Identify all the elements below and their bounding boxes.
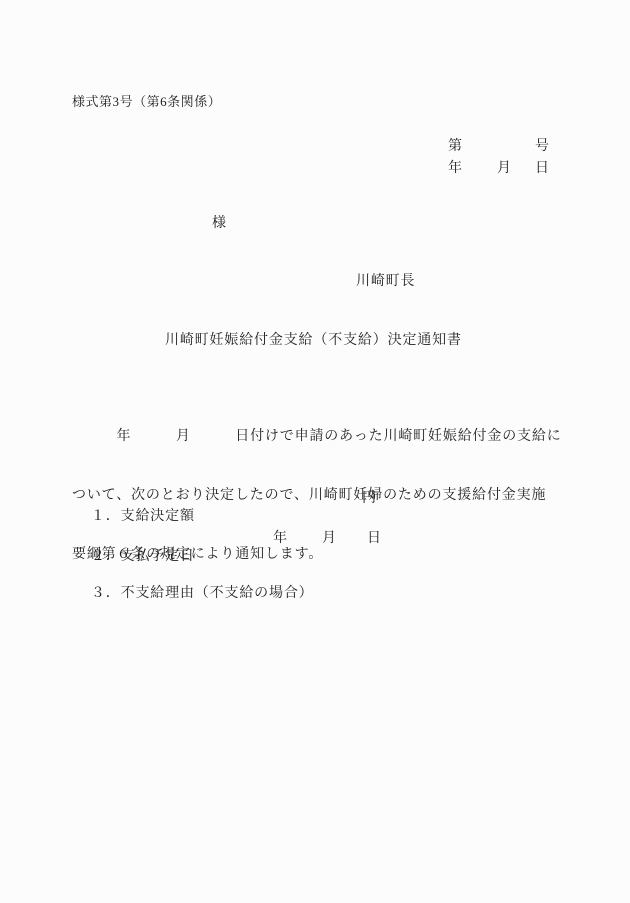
issue-date-day-label: 日 (535, 159, 550, 177)
doc-number-suffix: 号 (535, 137, 550, 155)
document-title: 川崎町妊娠給付金支給（不支給）決定通知書 (165, 331, 462, 349)
item-payment-date-month-label: 月 (322, 529, 337, 547)
sender-name: 川崎町長 (356, 272, 415, 290)
item-denial-reason-label: ３．不支給理由（不支給の場合） (91, 584, 314, 600)
item-payment-date-label: ２．支払予定日 (91, 547, 195, 563)
doc-number-prefix: 第 (448, 137, 463, 155)
document-page: 様式第3号（第6条関係） 第 号 年 月 日 様 川崎町長 川崎町妊娠給付金支給… (0, 0, 630, 903)
issue-date-line: 年 月 日 (0, 159, 630, 177)
document-number-line: 第 号 (0, 137, 630, 155)
item-payment-amount: １．支給決定額 円 (72, 489, 572, 507)
form-reference: 様式第3号（第6条関係） (72, 94, 221, 110)
item-denial-reason: ３．不支給理由（不支給の場合） (72, 566, 572, 584)
issue-date-month-label: 月 (497, 159, 512, 177)
addressee-honorific: 様 (212, 214, 227, 232)
item-payment-amount-unit: 円 (362, 489, 377, 507)
issue-date-year-label: 年 (448, 159, 463, 177)
item-payment-date-year-label: 年 (273, 529, 288, 547)
item-payment-amount-label: １．支給決定額 (91, 507, 195, 523)
item-payment-date: ２．支払予定日 年 月 日 (72, 529, 572, 547)
body-line-1: 年 月 日付けで申請のあった川崎町妊娠給付金の支給に (72, 423, 572, 447)
item-payment-date-day-label: 日 (367, 529, 382, 547)
